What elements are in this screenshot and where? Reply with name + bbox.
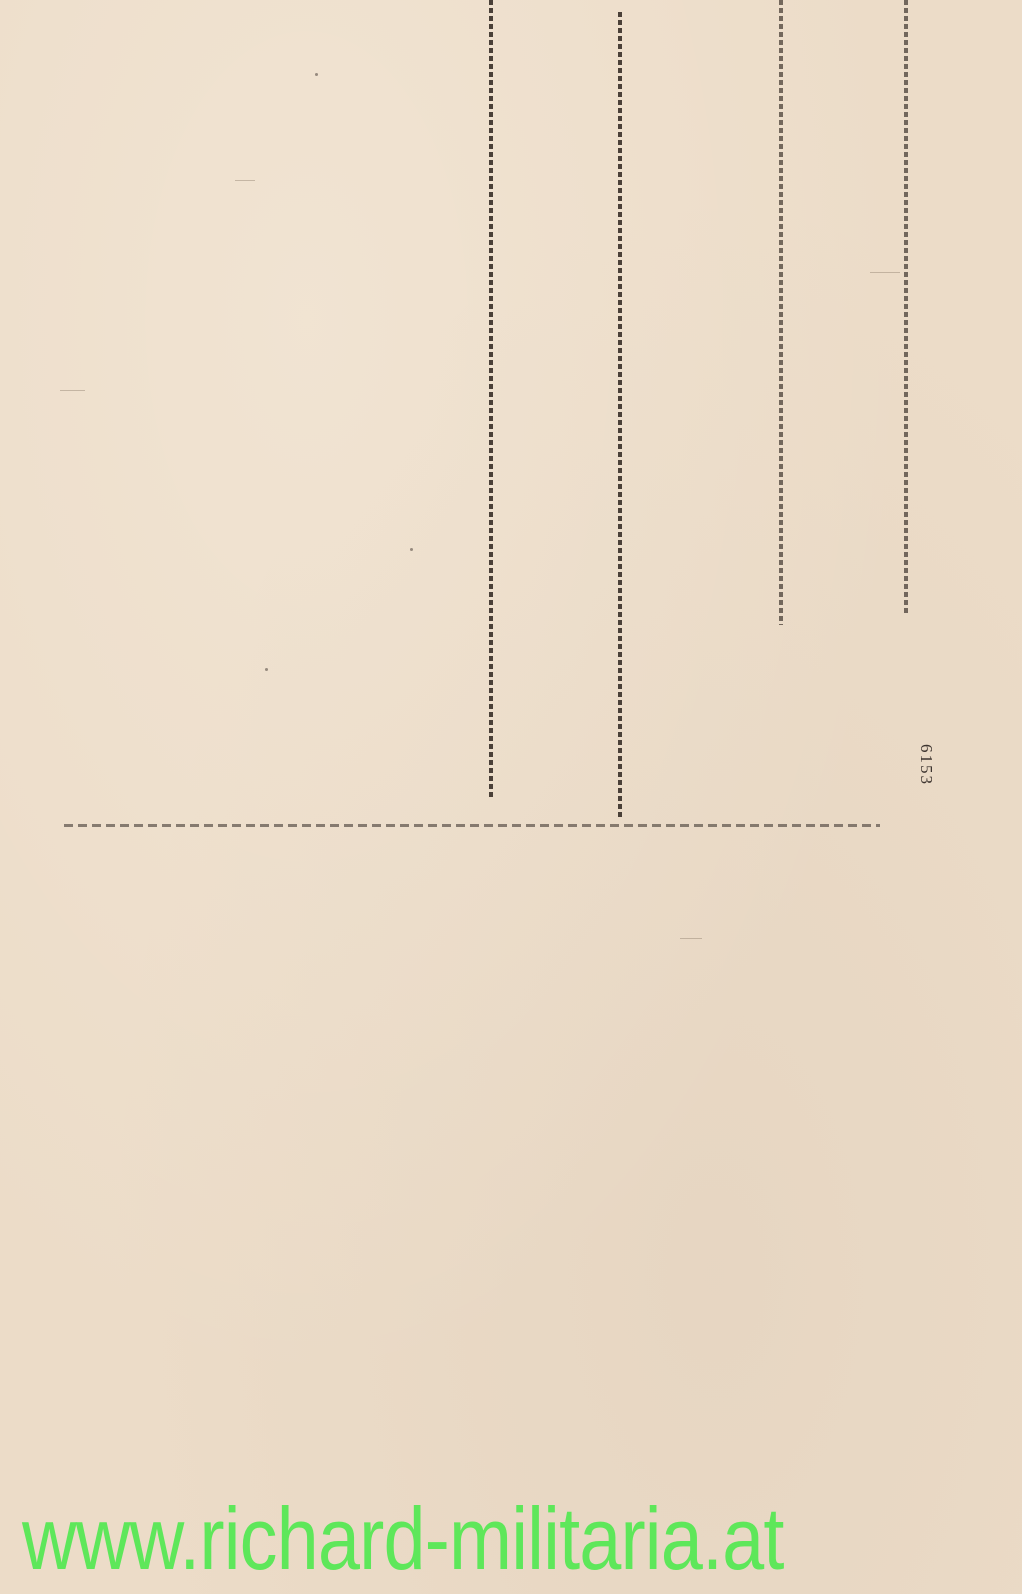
address-line-1 [489, 0, 493, 800]
ink-speck [265, 668, 268, 671]
address-line-3 [779, 0, 783, 625]
paper-mark [870, 272, 900, 273]
divider-line [64, 824, 880, 827]
paper-mark [235, 180, 255, 181]
postcard-back: 6153 www.richard-militaria.at [0, 0, 1022, 1594]
ink-speck [315, 73, 318, 76]
watermark-text: www.richard-militaria.at [22, 1488, 784, 1590]
serial-number: 6153 [916, 744, 936, 786]
paper-mark [60, 390, 85, 391]
address-line-4 [904, 0, 908, 615]
address-line-2 [618, 12, 622, 817]
ink-speck [410, 548, 413, 551]
paper-mark [680, 938, 702, 939]
